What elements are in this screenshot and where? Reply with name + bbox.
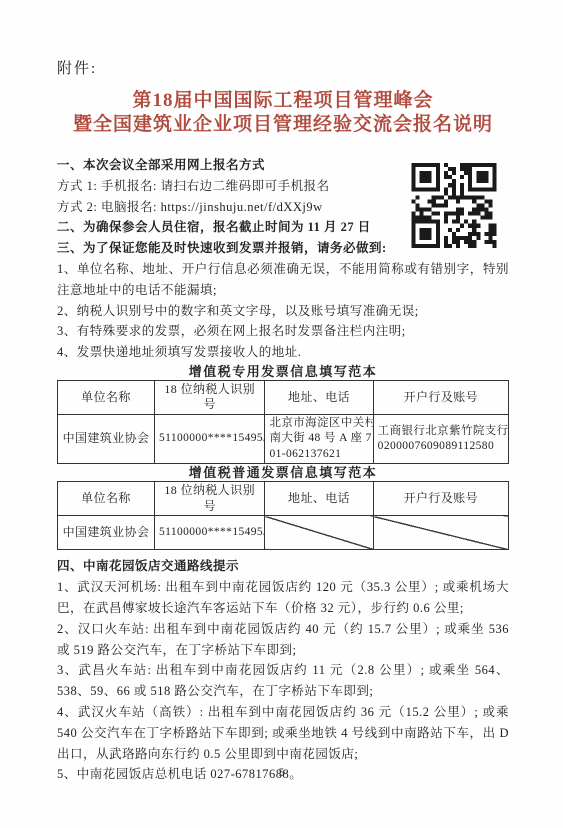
invoice-requirement-item-2: 2、纳税人识别号中的数字和英文字母，以及账号填写准确无误; bbox=[57, 301, 509, 322]
doc-title-line2: 暨全国建筑业企业项目管理经验交流会报名说明 bbox=[57, 113, 509, 137]
doc-title: 第18届中国国际工程项目管理峰会 暨全国建筑业企业项目管理经验交流会报名说明 bbox=[57, 89, 509, 137]
general-invoice-table-caption: 增值税普通发票信息填写范本 bbox=[57, 465, 509, 481]
table-row: 中国建筑业协会 51100000****15495J bbox=[58, 516, 509, 550]
table-row: 中国建筑业协会 51100000****15495J 北京市海淀区中关村 南大街… bbox=[58, 414, 509, 464]
address-line-1: 北京市海淀区中关村 bbox=[269, 416, 368, 432]
bank-line-1: 工商银行北京紫竹院支行 bbox=[378, 424, 504, 440]
bank-line-2: 0200007609089112580 bbox=[378, 439, 504, 455]
cell-bank-account: 工商银行北京紫竹院支行 0200007609089112580 bbox=[373, 414, 508, 464]
qr-code-svg bbox=[410, 163, 498, 248]
table-header-row: 单位名称 18 位纳税人识别号 地址、电话 开户行及账号 bbox=[58, 380, 509, 414]
traffic-route-item-1: 1、武汉天河机场: 出租车到中南花园饭店约 120 元（35.3 公里）; 或乘… bbox=[57, 577, 509, 619]
document-content: 附件: 第18届中国国际工程项目管理峰会 暨全国建筑业企业项目管理经验交流会报名… bbox=[57, 0, 509, 785]
na-diagonal-cell-bank bbox=[373, 516, 508, 550]
header-org-name: 单位名称 bbox=[58, 380, 155, 414]
invoice-requirement-item-4: 4、发票快递地址须填写发票接收人的地址. bbox=[57, 342, 509, 363]
cell-org-name: 中国建筑业协会 bbox=[58, 516, 155, 550]
registration-qr-code-image bbox=[410, 163, 498, 248]
na-diagonal-cell-address bbox=[265, 516, 373, 550]
traffic-route-item-2: 2、汉口火车站: 出租车到中南花园饭店约 40 元（约 15.7 公里）; 或乘… bbox=[57, 619, 509, 661]
address-line-3: 01-062137621 bbox=[269, 447, 368, 463]
address-line-2: 南大街 48 号 A 座 7 层 bbox=[269, 431, 368, 447]
doc-title-line1: 第18届中国国际工程项目管理峰会 bbox=[57, 89, 509, 113]
attachment-label: 附件: bbox=[57, 57, 509, 78]
traffic-route-item-4: 4、武汉火车站（高铁）: 出租车到中南花园饭店约 36 元（15.2 公里）; … bbox=[57, 702, 509, 764]
header-address-phone: 地址、电话 bbox=[265, 380, 373, 414]
cell-tax-id: 51100000****15495J bbox=[154, 414, 264, 464]
header-org-name: 单位名称 bbox=[58, 482, 155, 516]
header-tax-id: 18 位纳税人识别号 bbox=[154, 380, 264, 414]
document-page: 附件: 第18届中国国际工程项目管理峰会 暨全国建筑业企业项目管理经验交流会报名… bbox=[0, 0, 563, 828]
cell-tax-id: 51100000****15495J bbox=[154, 516, 264, 550]
table-header-row: 单位名称 18 位纳税人识别号 地址、电话 开户行及账号 bbox=[58, 482, 509, 516]
special-invoice-table: 单位名称 18 位纳税人识别号 地址、电话 开户行及账号 中国建筑业协会 511… bbox=[57, 380, 509, 465]
header-address-phone: 地址、电话 bbox=[265, 482, 373, 516]
cell-org-name: 中国建筑业协会 bbox=[58, 414, 155, 464]
invoice-requirement-item-1: 1、单位名称、地址、开户行信息必须准确无误，不能用简称或有错别字，特别注意地址中… bbox=[57, 259, 509, 301]
section-4-heading: 四、中南花园饭店交通路线提示 bbox=[57, 556, 509, 577]
header-bank-account: 开户行及账号 bbox=[373, 380, 508, 414]
cell-address-phone: 北京市海淀区中关村 南大街 48 号 A 座 7 层 01-062137621 bbox=[265, 414, 373, 464]
traffic-route-item-3: 3、武昌火车站: 出租车到中南花园饭店约 11 元（2.8 公里）; 或乘坐 5… bbox=[57, 660, 509, 702]
header-tax-id: 18 位纳税人识别号 bbox=[154, 482, 264, 516]
invoice-requirement-item-3: 3、有特殊要求的发票，必须在网上报名时发票备注栏内注明; bbox=[57, 321, 509, 342]
general-invoice-table: 单位名称 18 位纳税人识别号 地址、电话 开户行及账号 中国建筑业协会 511… bbox=[57, 481, 509, 550]
header-bank-account: 开户行及账号 bbox=[373, 482, 508, 516]
special-invoice-table-caption: 增值税专用发票信息填写范本 bbox=[57, 364, 509, 380]
page-number: 5 bbox=[0, 767, 563, 779]
